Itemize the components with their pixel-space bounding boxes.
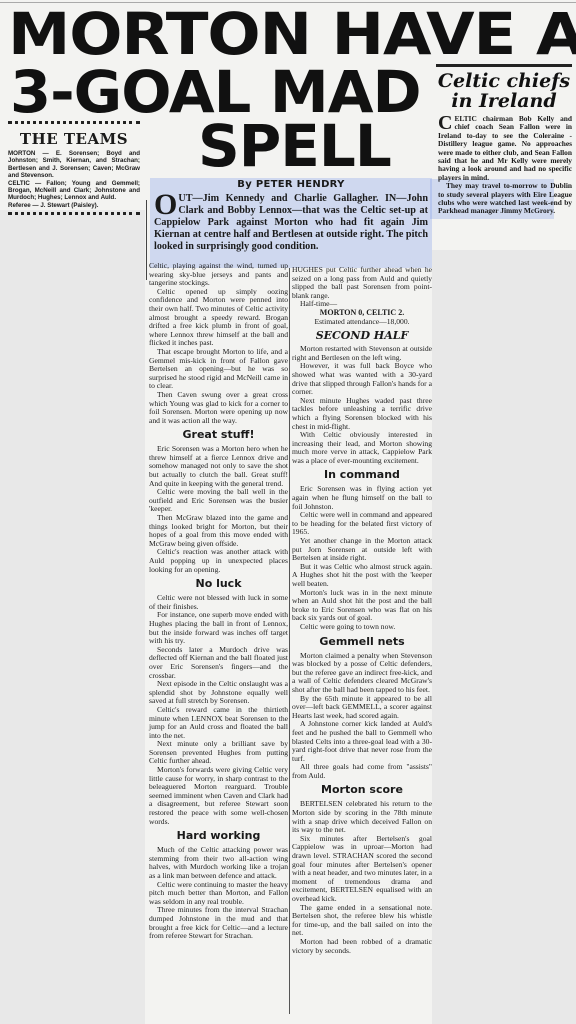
- article-paragraph: Eric Sorensen was a Morton hero when he …: [149, 445, 288, 488]
- article-intro: OUT—Jim Kennedy and Charlie Gallagher. I…: [154, 193, 428, 253]
- attendance: Estimated attendance—18,000.: [292, 318, 432, 327]
- article-paragraph: Celtic opened up simply oozing confidenc…: [149, 288, 288, 348]
- divider: [436, 64, 572, 67]
- article-paragraph: Celtic's reaction was another attack wit…: [149, 548, 288, 574]
- headline-line-1: MORTON HAVE A: [8, 2, 576, 66]
- blank-right-margin: [432, 250, 576, 1024]
- article-paragraph: Morton claimed a penalty when Stevenson …: [292, 652, 432, 695]
- subheading: SECOND HALF: [292, 328, 432, 344]
- dropcap: O: [154, 193, 177, 217]
- article-paragraph: Much of the Celtic attacking power was s…: [149, 846, 288, 880]
- article-paragraph: With Celtic obviously interested in incr…: [292, 431, 432, 465]
- article-paragraph: Celtic were well in command and appeared…: [292, 511, 432, 537]
- dropcap: C: [438, 115, 452, 131]
- teams-referee: Referee — J. Stewart (Paisley).: [8, 202, 140, 209]
- teams-celtic: CELTIC — Fallon; Young and Gemmell; Brog…: [8, 180, 140, 202]
- article-paragraph: That escape brought Morton to life, and …: [149, 348, 288, 391]
- blank-left-margin: [0, 210, 145, 1024]
- article-paragraph: But it was Celtic who almost struck agai…: [292, 563, 432, 589]
- article-paragraph: Morton restarted with Stevenson at outsi…: [292, 345, 432, 362]
- byline: By PETER HENDRY: [150, 179, 432, 190]
- sidebar-body: CELTIC chairman Bob Kelly and chief coac…: [438, 115, 572, 216]
- article-paragraph: A Johnstone corner kick landed at Auld's…: [292, 720, 432, 763]
- article-paragraph: Seconds later a Murdoch drive was deflec…: [149, 646, 288, 680]
- column-rule: [289, 268, 290, 1014]
- subheading: No luck: [149, 576, 288, 592]
- article-paragraph: All three goals had come from "assists" …: [292, 763, 432, 780]
- article-column-2: HUGHES put Celtic further ahead when he …: [292, 266, 432, 955]
- article-column-1: Celtic, playing against the wind, turned…: [149, 262, 288, 941]
- sidebar-title-line-2: in Ireland: [434, 91, 574, 111]
- article-paragraph: Next episode in the Celtic onslaught was…: [149, 680, 288, 706]
- sidebar-paragraph: CELTIC chairman Bob Kelly and chief coac…: [438, 115, 572, 182]
- article-paragraph: Eric Sorensen was in flying action yet a…: [292, 485, 432, 511]
- divider: [8, 121, 140, 128]
- article-paragraph: Three minutes from the interval Strachan…: [149, 906, 288, 940]
- article-paragraph: Next minute Hughes waded past three tack…: [292, 397, 432, 431]
- subheading: Gemmell nets: [292, 634, 432, 650]
- article-paragraph: HUGHES put Celtic further ahead when he …: [292, 266, 432, 300]
- article-paragraph: BERTELSEN celebrated his return to the M…: [292, 800, 432, 834]
- article-paragraph: Celtic's reward came in the thirtieth mi…: [149, 706, 288, 740]
- article-paragraph: By the 65th minute it appeared to be all…: [292, 695, 432, 721]
- article-paragraph: Six minutes after Bertelsen's goal Cappi…: [292, 835, 432, 904]
- teams-morton: MORTON — E. Sorensen; Boyd and Johnston;…: [8, 150, 140, 180]
- teams-title: THE TEAMS: [8, 130, 140, 148]
- article-paragraph: Next minute only a brilliant save by Sor…: [149, 740, 288, 766]
- article-paragraph: However, it was full back Boyce who show…: [292, 362, 432, 396]
- article-paragraph: The game ended in a sensational note. Be…: [292, 904, 432, 938]
- article-paragraph: Then McGraw blazed into the game and thi…: [149, 514, 288, 548]
- article-paragraph: For instance, one superb move ended with…: [149, 611, 288, 645]
- subheading: Great stuff!: [149, 427, 288, 443]
- sidebar-paragraph: They may travel to-morrow to Dublin to s…: [438, 182, 572, 216]
- article-paragraph: Morton's luck was in in the next minute …: [292, 589, 432, 623]
- page: MORTON HAVE A 3-GOAL MAD SPELL THE TEAMS…: [0, 0, 576, 1024]
- article-paragraph: Morton had been robbed of a dramatic vic…: [292, 938, 432, 955]
- teams-box: THE TEAMS MORTON — E. Sorensen; Boyd and…: [8, 121, 140, 221]
- article-paragraph: Yet another change in the Morton attack …: [292, 537, 432, 563]
- article-paragraph: Celtic were going to town now.: [292, 623, 432, 632]
- sidebar-story: Celtic chiefs in Ireland CELTIC chairman…: [434, 64, 574, 216]
- subheading: Morton score: [292, 782, 432, 798]
- headline-line-3: SPELL: [198, 114, 391, 178]
- sidebar-title-line-1: Celtic chiefs: [434, 71, 574, 91]
- margin-rule: [146, 200, 147, 280]
- subheading: Hard working: [149, 828, 288, 844]
- divider: [8, 212, 140, 219]
- article-paragraph: Celtic were not blessed with luck in som…: [149, 594, 288, 611]
- article-paragraph: Celtic, playing against the wind, turned…: [149, 262, 288, 288]
- article-paragraph: Celtic were continuing to master the hea…: [149, 881, 288, 907]
- article-paragraph: Celtic were moving the ball well in the …: [149, 488, 288, 514]
- article-paragraph: Then Caven swung over a great cross whic…: [149, 391, 288, 425]
- article-paragraph: Morton's forwards were giving Celtic ver…: [149, 766, 288, 826]
- subheading: In command: [292, 467, 432, 483]
